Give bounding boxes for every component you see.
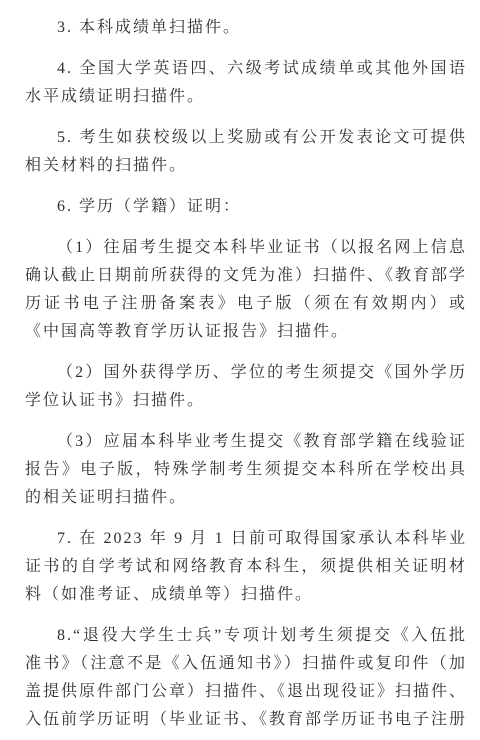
list-item-6-3: （3）应届本科毕业考生提交《教育部学籍在线验证报告》电子版，特殊学制考生须提交本…: [25, 428, 467, 512]
list-item-8: 8.“退役大学生士兵”专项计划考生须提交《入伍批准书》（注意不是《入伍通知书》）…: [25, 622, 467, 734]
list-item-4: 4. 全国大学英语四、六级考试成绩单或其他外国语水平成绩证明扫描件。: [25, 55, 467, 111]
list-item-5: 5. 考生如获校级以上奖励或有公开发表论文可提供相关材料的扫描件。: [25, 124, 467, 180]
list-item-6-1: （1）往届考生提交本科毕业证书（以报名网上信息确认截止日期前所获得的文凭为准）扫…: [25, 234, 467, 346]
document-page: 3. 本科成绩单扫描件。 4. 全国大学英语四、六级考试成绩单或其他外国语水平成…: [0, 0, 480, 740]
list-item-6: 6. 学历（学籍）证明：: [25, 193, 467, 221]
list-item-7: 7. 在 2023 年 9 月 1 日前可取得国家承认本科毕业证书的自学考试和网…: [25, 525, 467, 609]
list-item-3: 3. 本科成绩单扫描件。: [25, 14, 467, 42]
list-item-6-2: （2）国外获得学历、学位的考生须提交《国外学历学位认证书》扫描件。: [25, 359, 467, 415]
